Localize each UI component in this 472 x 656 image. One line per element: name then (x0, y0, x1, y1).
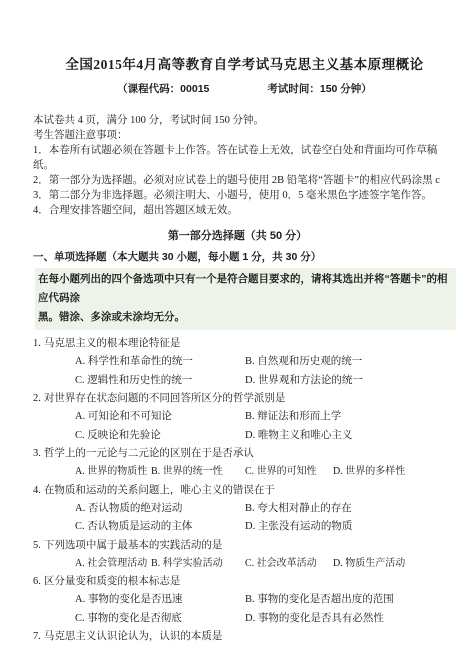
single-choice-instruction: 在每小题列出的四个备选项中只有一个是符合题目要求的，请将其选出并将“答题卡”的相… (35, 268, 456, 330)
notes-heading: 考生答题注意事项： (33, 128, 456, 143)
question-5: 5.下列选项中属于最基本的实践活动的是 A. 社会管理活动 B. 科学实验活动 … (33, 537, 456, 574)
option-d: D. 物质生产活动 (333, 555, 456, 574)
option-d: D. 世界观和方法论的统一 (245, 372, 456, 391)
option-d: D. 唯物主义和唯心主义 (245, 427, 456, 446)
option-c: C. 世界的可知性 (245, 463, 333, 482)
question-7: 7.马克思主义认识论认为，认识的本质是 (33, 628, 456, 646)
question-stem: 5.下列选项中属于最基本的实践活动的是 (33, 537, 456, 555)
option-group: A. 可知论和不可知论 B. 辩证法和形而上学 C. 反映论和先验论 D. 唯物… (75, 408, 456, 445)
option-group: A. 否认物质的绝对运动 B. 夸大相对静止的存在 C. 否认物质是运动的主体 … (75, 500, 456, 537)
option-b: B. 事物的变化是否超出度的范围 (245, 591, 456, 610)
question-text: 哲学上的一元论与二元论的区别在于是否承认 (44, 448, 254, 459)
option-group: A. 事物的变化是否迅速 B. 事物的变化是否超出度的范围 C. 事物的变化是否… (75, 591, 456, 628)
question-1: 1.马克思主义的根本理论特征是 A. 科学性和革命性的统一 B. 自然观和历史观… (33, 335, 456, 390)
candidate-notes: 本试卷共 4 页，满分 100 分，考试时间 150 分钟。 考生答题注意事项：… (33, 113, 456, 218)
note-item-3: 3．第二部分为非选择题。必须注明大、小题号，使用 0．5 毫米黑色字迹签字笔作答… (33, 188, 456, 203)
option-a: A. 社会管理活动 (75, 555, 151, 574)
instruction-line-1: 在每小题列出的四个备选项中只有一个是符合题目要求的，请将其选出并将“答题卡”的相… (38, 270, 456, 308)
option-group: A. 社会管理活动 B. 科学实验活动 C. 社会改革活动 D. 物质生产活动 (75, 555, 456, 574)
option-d: D. 世界的多样性 (333, 463, 456, 482)
question-text: 对世界存在状态问题的不同回答所区分的哲学派别是 (44, 393, 286, 404)
question-stem: 6.区分量变和质变的根本标志是 (33, 573, 456, 591)
question-number: 4. (33, 485, 41, 496)
option-a: A. 事物的变化是否迅速 (75, 591, 245, 610)
question-number: 2. (33, 393, 41, 404)
question-stem: 2.对世界存在状态问题的不同回答所区分的哲学派别是 (33, 390, 456, 408)
option-b: B. 世界的统一性 (151, 463, 245, 482)
option-b: B. 自然观和历史观的统一 (245, 353, 456, 372)
question-stem: 1.马克思主义的根本理论特征是 (33, 335, 456, 353)
option-d: D. 事物的变化是否具有必然性 (245, 610, 456, 629)
question-number: 6. (33, 576, 41, 587)
question-number: 5. (33, 540, 41, 551)
question-stem: 4.在物质和运动的关系问题上，唯心主义的错误在于 (33, 482, 456, 500)
option-c: C. 否认物质是运动的主体 (75, 518, 245, 537)
option-b: B. 夸大相对静止的存在 (245, 500, 456, 519)
option-group: A. 世界的物质性 B. 世界的统一性 C. 世界的可知性 D. 世界的多样性 (75, 463, 456, 482)
note-item-1: 1．本卷所有试题必须在答题卡上作答。答在试卷上无效，试卷空白处和背面均可作草稿纸… (33, 143, 456, 173)
question-stem: 3.哲学上的一元论与二元论的区别在于是否承认 (33, 445, 456, 463)
question-stem: 7.马克思主义认识论认为，认识的本质是 (33, 628, 456, 646)
option-b: B. 辩证法和形而上学 (245, 408, 456, 427)
part-one-title: 第一部分选择题（共 50 分） (33, 229, 442, 244)
paper-summary: 本试卷共 4 页，满分 100 分，考试时间 150 分钟。 (33, 113, 456, 128)
instruction-line-2: 黑。错涂、多涂或未涂均无分。 (38, 308, 456, 327)
question-4: 4.在物质和运动的关系问题上，唯心主义的错误在于 A. 否认物质的绝对运动 B.… (33, 482, 456, 537)
question-text: 在物质和运动的关系问题上，唯心主义的错误在于 (44, 485, 275, 496)
question-number: 1. (33, 338, 41, 349)
option-a: A. 可知论和不可知论 (75, 408, 245, 427)
question-number: 3. (33, 448, 41, 459)
option-c: C. 逻辑性和历史性的统一 (75, 372, 245, 391)
option-group: A. 科学性和革命性的统一 B. 自然观和历史观的统一 C. 逻辑性和历史性的统… (75, 353, 456, 390)
option-c: C. 事物的变化是否彻底 (75, 610, 245, 629)
note-item-4: 4．合理安排答题空间，超出答题区域无效。 (33, 203, 456, 218)
question-list: 1.马克思主义的根本理论特征是 A. 科学性和革命性的统一 B. 自然观和历史观… (33, 335, 456, 646)
question-number: 7. (33, 631, 41, 642)
question-text: 区分量变和质变的根本标志是 (44, 576, 181, 587)
option-a: A. 科学性和革命性的统一 (75, 353, 245, 372)
page-title: 全国2015年4月高等教育自学考试马克思主义基本原理概论 (33, 56, 456, 74)
exam-duration: 考试时间：150 分钟） (267, 82, 371, 96)
question-text: 马克思主义的根本理论特征是 (44, 338, 181, 349)
option-a: A. 否认物质的绝对运动 (75, 500, 245, 519)
question-3: 3.哲学上的一元论与二元论的区别在于是否承认 A. 世界的物质性 B. 世界的统… (33, 445, 456, 482)
exam-meta-line: （课程代码：00015 考试时间：150 分钟） (33, 82, 456, 96)
option-b: B. 科学实验活动 (151, 555, 245, 574)
exam-paper-page: 全国2015年4月高等教育自学考试马克思主义基本原理概论 （课程代码：00015… (0, 0, 472, 656)
note-item-2: 2．第一部分为选择题。必须对应试卷上的题号使用 2B 铅笔将“答题卡”的相应代码… (33, 173, 456, 188)
question-text: 马克思主义认识论认为，认识的本质是 (44, 631, 223, 642)
single-choice-section-title: 一、单项选择题（本大题共 30 小题，每小题 1 分，共 30 分） (33, 249, 456, 265)
option-a: A. 世界的物质性 (75, 463, 151, 482)
option-c: C. 反映论和先验论 (75, 427, 245, 446)
question-6: 6.区分量变和质变的根本标志是 A. 事物的变化是否迅速 B. 事物的变化是否超… (33, 573, 456, 628)
option-d: D. 主张没有运动的物质 (245, 518, 456, 537)
question-text: 下列选项中属于最基本的实践活动的是 (44, 540, 223, 551)
course-code: （课程代码：00015 (117, 82, 209, 96)
question-2: 2.对世界存在状态问题的不同回答所区分的哲学派别是 A. 可知论和不可知论 B.… (33, 390, 456, 445)
option-c: C. 社会改革活动 (245, 555, 333, 574)
